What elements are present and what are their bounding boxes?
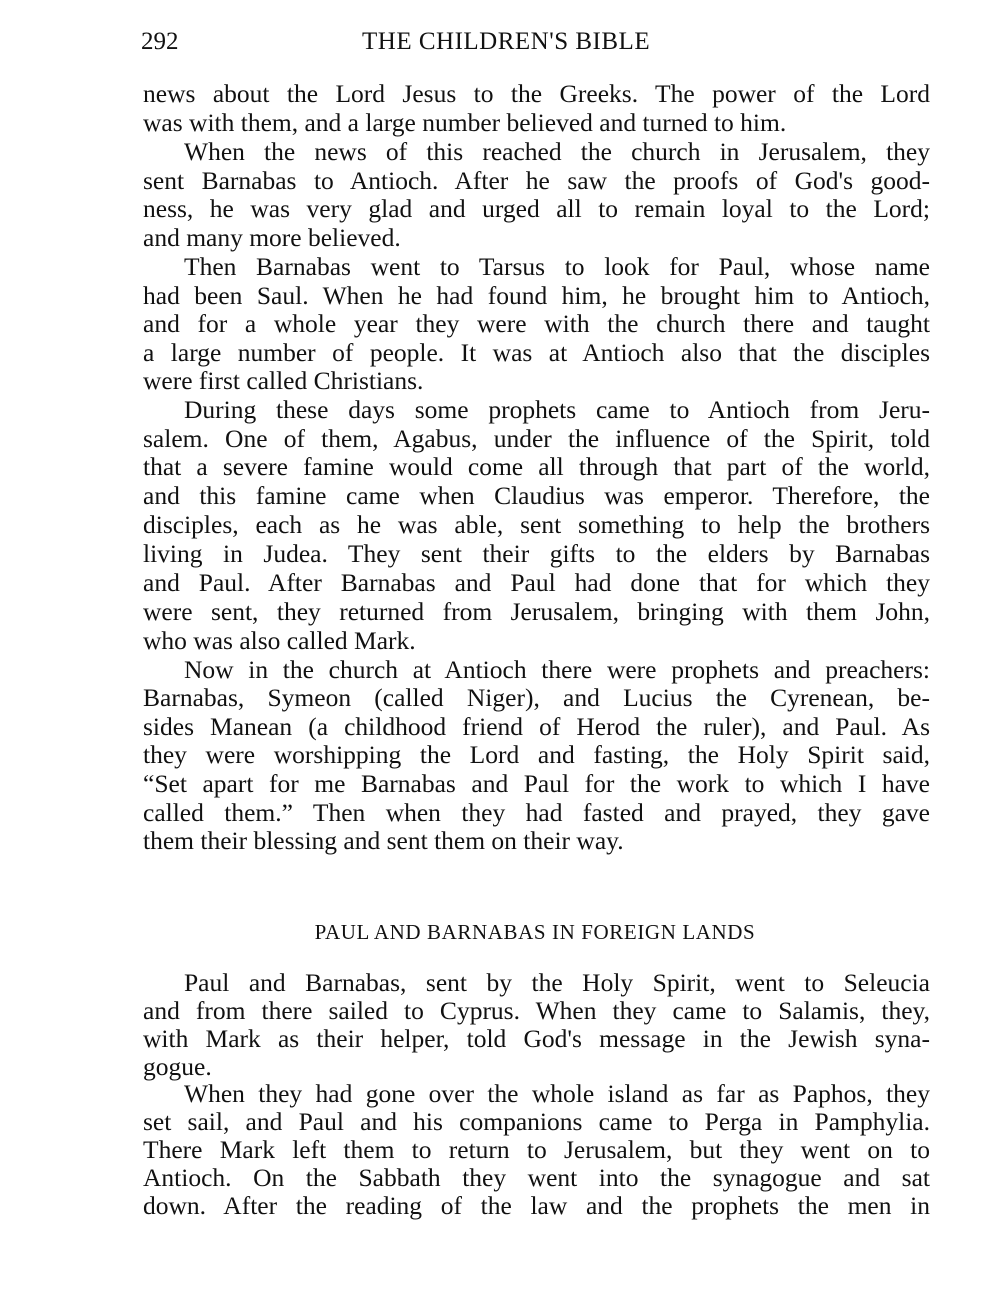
text-line: called them.” Then when they had fasted … — [143, 799, 930, 827]
text-line: and many more believed. — [143, 224, 930, 252]
text-line: with Mark as their helper, told God's me… — [143, 1025, 930, 1053]
text-line: salem. One of them, Agabus, under the in… — [143, 425, 930, 453]
text-line: Then Barnabas went to Tarsus to look for… — [184, 253, 930, 281]
text-line: set sail, and Paul and his companions ca… — [143, 1108, 930, 1136]
text-line: gogue. — [143, 1053, 930, 1081]
text-line: news about the Lord Jesus to the Greeks.… — [143, 80, 930, 108]
text-line: that a severe famine would come all thro… — [143, 453, 930, 481]
text-line: were sent, they returned from Jerusalem,… — [143, 598, 930, 626]
text-line: and for a whole year they were with the … — [143, 310, 930, 338]
text-line: Barnabas, Symeon (called Niger), and Luc… — [143, 684, 930, 712]
text-line: down. After the reading of the law and t… — [143, 1192, 930, 1220]
text-line: they were worshipping the Lord and fasti… — [143, 741, 930, 769]
text-line: and Paul. After Barnabas and Paul had do… — [143, 569, 930, 597]
text-line: sides Manean (a childhood friend of Hero… — [143, 713, 930, 741]
text-line: sent Barnabas to Antioch. After he saw t… — [143, 167, 930, 195]
text-line: ness, he was very glad and urged all to … — [143, 195, 930, 223]
text-line: Paul and Barnabas, sent by the Holy Spir… — [184, 969, 930, 997]
text-line: who was also called Mark. — [143, 627, 930, 655]
text-line: Now in the church at Antioch there were … — [184, 656, 930, 684]
text-line: them their blessing and sent them on the… — [143, 827, 930, 855]
text-line: disciples, each as he was able, sent som… — [143, 511, 930, 539]
text-line: When the news of this reached the church… — [184, 138, 930, 166]
text-line: There Mark left them to return to Jerusa… — [143, 1136, 930, 1164]
text-line: had been Saul. When he had found him, he… — [143, 282, 930, 310]
page-number: 292 — [141, 28, 179, 56]
text-line: living in Judea. They sent their gifts t… — [143, 540, 930, 568]
text-line: and from there sailed to Cyprus. When th… — [143, 997, 930, 1025]
text-line: “Set apart for me Barnabas and Paul for … — [143, 770, 930, 798]
text-line: During these days some prophets came to … — [184, 396, 930, 424]
text-line: was with them, and a large number believ… — [143, 109, 930, 137]
text-line: and this famine came when Claudius was e… — [143, 482, 930, 510]
text-line: a large number of people. It was at Anti… — [143, 339, 930, 367]
running-title: THE CHILDREN'S BIBLE — [362, 28, 650, 56]
text-line: When they had gone over the whole island… — [184, 1080, 930, 1108]
text-line: were first called Christians. — [143, 367, 930, 395]
section-heading: PAUL AND BARNABAS IN FOREIGN LANDS — [0, 920, 1000, 945]
text-line: Antioch. On the Sabbath they went into t… — [143, 1164, 930, 1192]
